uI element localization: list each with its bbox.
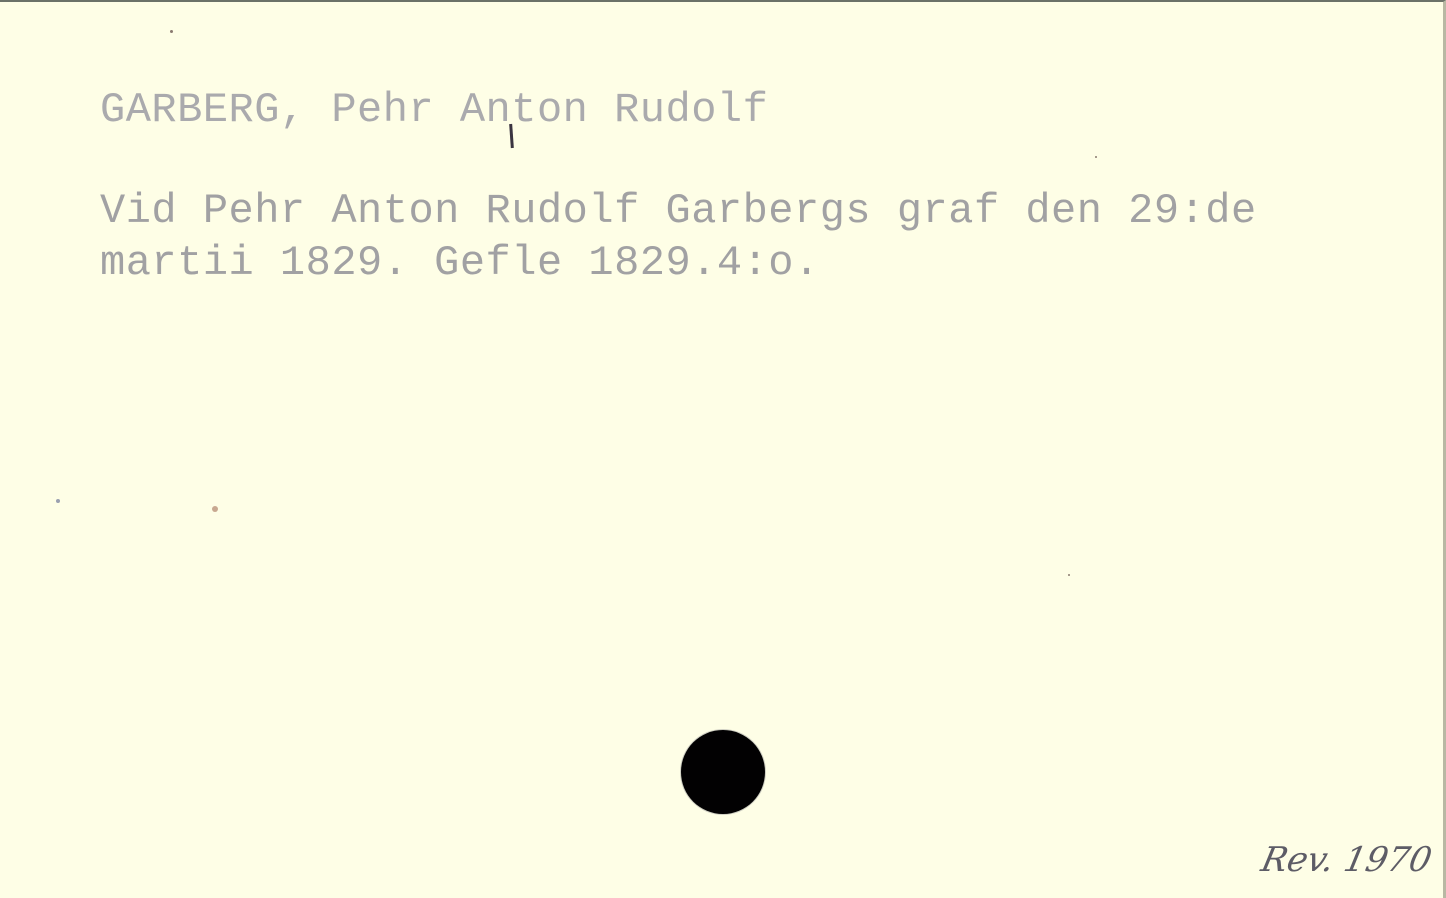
card-heading: GARBERG, Pehr Anton Rudolf (100, 84, 768, 136)
paper-speck (1068, 574, 1070, 576)
paper-speck (56, 499, 60, 503)
revision-annotation: Rev. 1970 (1258, 840, 1436, 880)
card-body-line-2: martii 1829. Gefle 1829.4:o. (100, 238, 820, 288)
card-body-line-1: Vid Pehr Anton Rudolf Garbergs graf den … (100, 186, 1257, 236)
paper-speck (1095, 156, 1097, 158)
paper-speck (170, 30, 173, 33)
catalog-card: GARBERG, Pehr Anton Rudolf Vid Pehr Anto… (0, 0, 1446, 898)
paper-speck (212, 506, 218, 512)
punch-hole (681, 730, 765, 814)
